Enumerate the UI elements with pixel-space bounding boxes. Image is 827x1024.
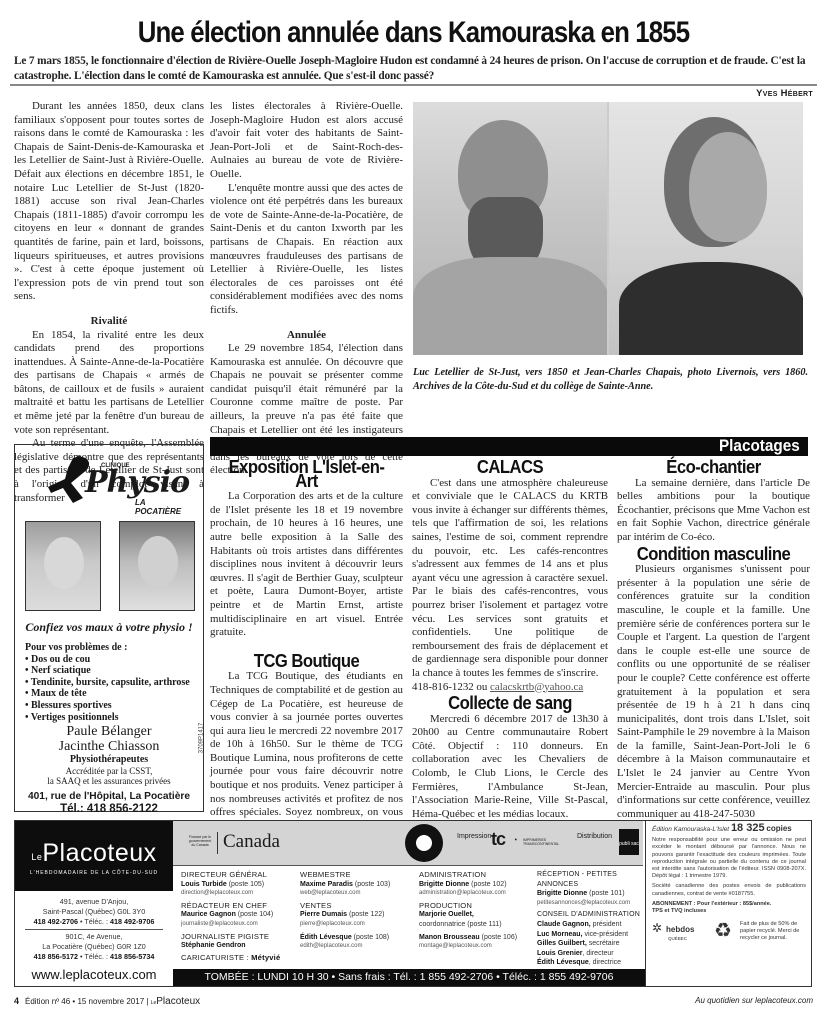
photo-paule-belanger: [25, 521, 101, 611]
physio-logo: CLINIQUE Physio LA POCATIÈRE: [43, 453, 193, 513]
photo-jacinthe-chiasson: [119, 521, 195, 611]
brief-body-sang: Mercredi 6 décembre 2017 de 13h30 à 20h0…: [412, 713, 608, 822]
office-saint-pascal: 491, avenue D'Anjou, Saint-Pascal (Québe…: [15, 897, 173, 927]
logo-place: LA POCATIÈRE: [135, 498, 193, 516]
list-item: • Vertiges positionnels: [25, 712, 190, 724]
ad-problem-list: Pour vos problèmes de : • Dos ou de cou …: [25, 642, 190, 723]
tc-logo: tc: [491, 829, 505, 850]
article-column-2: les listes électorales à Rivière-Ouelle.…: [210, 100, 403, 478]
staff-column-1: DIRECTEUR GÉNÉRAL Louis Turbide (poste 1…: [181, 868, 296, 962]
portrait-chapais: [609, 102, 803, 355]
paragraph: les listes électorales à Rivière-Ouelle.…: [210, 100, 403, 182]
hebdos-icon: ✲: [652, 925, 662, 932]
brief-body-eco: La semaine dernière, dans l'article De b…: [617, 477, 810, 545]
ad-practitioners: Paule Bélanger Jacinthe Chiasson Physiot…: [15, 724, 203, 786]
portrait-photos: [413, 102, 803, 355]
brief-body-expo: La Corporation des arts et de la culture…: [210, 490, 403, 640]
deadline-bar: TOMBÉE : LUNDI 10 H 30 • Sans frais : Té…: [173, 969, 645, 986]
portrait-letellier: [413, 102, 607, 355]
page-folio: 4Édition nº 46 • 15 novembre 2017 | LePl…: [14, 996, 200, 1007]
ad-address: 401, rue de l'Hôpital, La Pocatière Tél.…: [15, 791, 203, 815]
ad-tagline: Confiez vos maux à votre physio !: [15, 620, 203, 635]
list-item: • Tendinite, bursite, capsulite, arthros…: [25, 677, 190, 689]
staff-column-2: WEBMESTRE Maxime Paradis (poste 103) web…: [300, 868, 415, 952]
placotages-column-2: CALACS C'est dans une atmosphère chaleur…: [412, 460, 608, 821]
list-item: • Dos ou de cou: [25, 654, 190, 666]
sponsor-strip: Financé par le gouvernement du Canada Ca…: [173, 821, 643, 866]
staff-column-4: RÉCEPTION - PETITES ANNONCES Brigitte Di…: [537, 868, 645, 968]
canada-wordmark: Canada: [223, 831, 280, 853]
brief-title-eco: Éco-chantier: [627, 460, 801, 474]
divider: [10, 84, 817, 86]
brief-body-masc: Plusieurs organismes s'unissent pour pré…: [617, 563, 810, 821]
subhead-annulee: Annulée: [210, 329, 403, 343]
article-deck: Le 7 mars 1855, le fonctionnaire d'élect…: [14, 54, 814, 83]
paragraph: L'enquête montre aussi que des actes de …: [210, 182, 403, 318]
legal-notice: Édition Kamouraska-L'Islet 18 325 copies…: [645, 821, 812, 986]
brief-title-calacs: CALACS: [422, 460, 598, 474]
photo-caption: Luc Letellier de St-Just, vers 1850 et J…: [413, 366, 808, 393]
section-band: Placotages: [210, 437, 808, 456]
staff-column-3: ADMINISTRATION Brigitte Dionne (poste 10…: [419, 868, 534, 952]
brief-body-calacs: C'est dans une atmosphère chaleureuse et…: [412, 477, 608, 681]
placotages-column-3: Éco-chantier La semaine dernière, dans l…: [617, 460, 810, 821]
list-item: • Maux de tête: [25, 688, 190, 700]
ad-code: 3709P1417: [199, 723, 205, 754]
forest-cert-icon: [405, 824, 443, 862]
folio-tagline: Au quotidien sur leplacoteux.com: [695, 996, 813, 1005]
office-la-pocatiere: 901C, 4e Avenue, La Pocatière (Québec) G…: [15, 932, 173, 962]
physio-advertisement[interactable]: CLINIQUE Physio LA POCATIÈRE Confiez vos…: [14, 444, 204, 812]
divider: [25, 929, 163, 930]
brief-title-expo: Exposition L'Islet-en-Art: [220, 460, 394, 487]
brand-logo: LePlacoteux L'HEBDOMADAIRE DE LA CÔTE-DU…: [15, 821, 173, 891]
paragraph: Durant les années 1850, deux clans famil…: [14, 100, 204, 304]
article-headline: Une élection annulée dans Kamouraska en …: [58, 16, 769, 50]
section-title-placotages: Placotages: [719, 436, 800, 456]
brief-title-tcg: TCG Boutique: [220, 654, 394, 668]
list-item: • Blessures sportives: [25, 700, 190, 712]
article-byline: Yves Hébert: [756, 88, 813, 99]
website-link[interactable]: www.leplacoteux.com: [15, 967, 173, 982]
recycle-icon: ♻: [714, 921, 732, 941]
paragraph: En 1854, la rivalité entre les deux cand…: [14, 329, 204, 438]
ad-phone[interactable]: 418 856-2122: [87, 803, 158, 815]
brief-title-masc: Condition masculine: [627, 547, 801, 561]
brief-title-sang: Collecte de sang: [422, 696, 598, 710]
logo-physio: Physio: [85, 465, 189, 500]
circulation-count: 18 325: [731, 822, 765, 834]
list-item: • Nerf sciatique: [25, 665, 190, 677]
calacs-email-link[interactable]: calacskrtb@yahoo.ca: [490, 681, 583, 693]
page-number: 4: [14, 996, 19, 1006]
subhead-rivalite: Rivalité: [14, 315, 204, 329]
publisac-logo: publi sac: [619, 829, 639, 855]
placotages-column-1: Exposition L'Islet-en-Art La Corporation…: [210, 460, 403, 847]
masthead: LePlacoteux L'HEBDOMADAIRE DE LA CÔTE-DU…: [14, 820, 812, 987]
